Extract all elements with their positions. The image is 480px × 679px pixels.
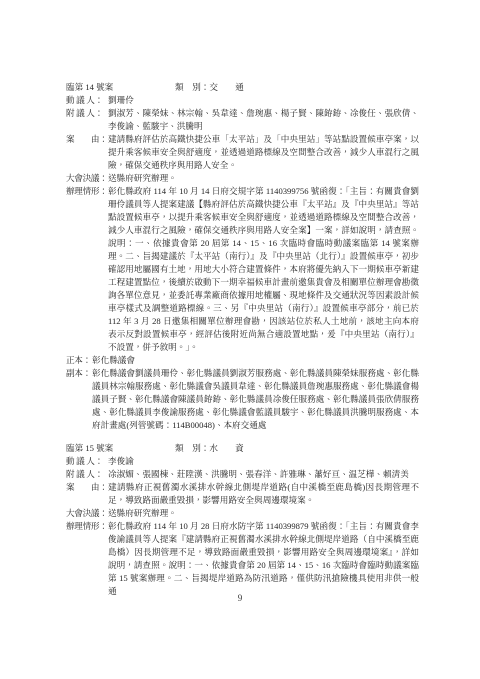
resolution-value: 送縣府研究辦理。: [108, 172, 419, 185]
subject-value: 建請縣府評估於高鐵快捷公車「太平站」及「中央里站」等站點設置候車亭案，以提升乘客…: [108, 133, 419, 172]
case-category: 類 別：交 通: [175, 81, 419, 94]
subject-value: 建請縣府正視舊濁水溪排水幹線北側堤岸道路(自中溪橋至鹿島橋)因長期管理不足，導致…: [108, 481, 419, 507]
case-number: 臨第 15 號案: [66, 442, 175, 455]
field-subject: 案 由： 建請縣府正視舊濁水溪排水幹線北側堤岸道路(自中溪橋至鹿島橋)因長期管理…: [66, 481, 419, 507]
seconders-value: 劉淑芳、陳榮妹、林宗翰、吳韋達、詹琬惠、楊子賢、陳銌銌、凃俊任、張欣倩、李俊諭、…: [108, 107, 419, 133]
mover-label: 動 議 人：: [66, 94, 108, 107]
field-handling: 辦理情形： 彰化縣政府 114 年 10 月 28 日府水防字第 1140399…: [66, 520, 419, 598]
document-page: 臨第 14 號案 類 別：交 通 動 議 人： 劉珊伶 附 議 人： 劉淑芳、陳…: [0, 0, 480, 679]
field-handling: 辦理情形： 彰化縣政府 114 年 10 月 14 日府交規字第 1140399…: [66, 185, 419, 354]
subject-label: 案 由：: [66, 481, 108, 494]
original-value: 彰化縣議會: [92, 354, 419, 367]
field-seconders: 附 議 人： 凃淑媚、張國棟、莊陞漢、洪騰明、張春洋、許雅琳、蕭好亘、温芝樺、賴…: [66, 468, 419, 481]
resolution-label: 大會決議：: [66, 507, 108, 520]
field-resolution: 大會決議： 送縣府研究辦理。: [66, 507, 419, 520]
subject-label: 案 由：: [66, 133, 108, 146]
handling-label: 辦理情形：: [66, 185, 108, 198]
handling-label: 辦理情形：: [66, 520, 108, 533]
case-block-14: 臨第 14 號案 類 別：交 通 動 議 人： 劉珊伶 附 議 人： 劉淑芳、陳…: [66, 81, 419, 432]
case-header: 臨第 15 號案 類 別：水 資: [66, 442, 419, 455]
case-category: 類 別：水 資: [175, 442, 419, 455]
handling-value: 彰化縣政府 114 年 10 月 14 日府交規字第 1140399756 號函…: [108, 185, 419, 354]
field-mover: 動 議 人： 李俊諭: [66, 455, 419, 468]
field-mover: 動 議 人： 劉珊伶: [66, 94, 419, 107]
handling-value: 彰化縣政府 114 年 10 月 28 日府水防字第 1140399879 號函…: [108, 520, 419, 598]
copies-value: 彰化縣議會劉議員珊伶、彰化縣議員劉淑芳服務處、彰化縣議員陳榮妹服務處、彰化縣議員…: [92, 367, 419, 432]
page-number: 9: [0, 592, 480, 605]
mover-label: 動 議 人：: [66, 455, 108, 468]
seconders-label: 附 議 人：: [66, 107, 108, 120]
seconders-value: 凃淑媚、張國棟、莊陞漢、洪騰明、張春洋、許雅琳、蕭好亘、温芝樺、賴清美: [108, 468, 419, 481]
mover-value: 李俊諭: [108, 455, 419, 468]
case-header: 臨第 14 號案 類 別：交 通: [66, 81, 419, 94]
field-carbon-copies: 副本： 彰化縣議會劉議員珊伶、彰化縣議員劉淑芳服務處、彰化縣議員陳榮妹服務處、彰…: [66, 367, 419, 432]
mover-value: 劉珊伶: [108, 94, 419, 107]
case-block-15: 臨第 15 號案 類 別：水 資 動 議 人： 李俊諭 附 議 人： 凃淑媚、張…: [66, 442, 419, 598]
field-seconders: 附 議 人： 劉淑芳、陳榮妹、林宗翰、吳韋達、詹琬惠、楊子賢、陳銌銌、凃俊任、張…: [66, 107, 419, 133]
resolution-value: 送縣府研究辦理。: [108, 507, 419, 520]
field-original-copy: 正本： 彰化縣議會: [66, 354, 419, 367]
resolution-label: 大會決議：: [66, 172, 108, 185]
original-label: 正本：: [66, 354, 92, 367]
copies-label: 副本：: [66, 367, 92, 380]
field-subject: 案 由： 建請縣府評估於高鐵快捷公車「太平站」及「中央里站」等站點設置候車亭案，…: [66, 133, 419, 172]
seconders-label: 附 議 人：: [66, 468, 108, 481]
field-resolution: 大會決議： 送縣府研究辦理。: [66, 172, 419, 185]
case-number: 臨第 14 號案: [66, 81, 175, 94]
document-content: 臨第 14 號案 類 別：交 通 動 議 人： 劉珊伶 附 議 人： 劉淑芳、陳…: [66, 81, 419, 598]
